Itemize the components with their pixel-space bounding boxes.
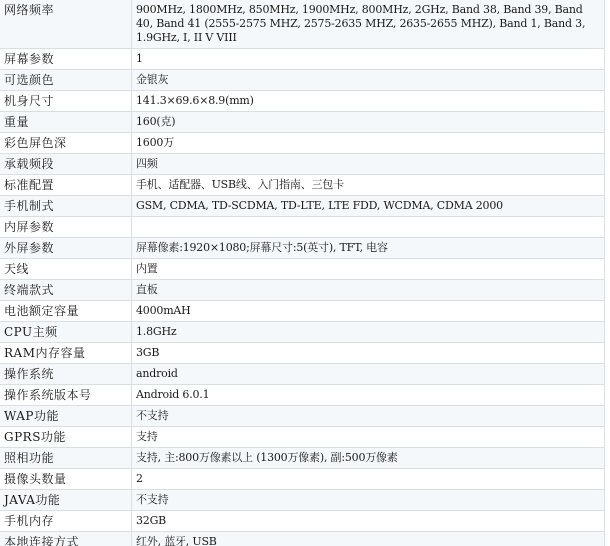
- table-row: 天线 内置: [0, 259, 605, 280]
- table-row: 手机制式 GSM, CDMA, TD-SCDMA, TD-LTE, LTE FD…: [0, 196, 605, 217]
- spec-label: 标准配置: [0, 175, 132, 195]
- spec-value: Android 6.0.1: [132, 385, 605, 405]
- spec-label: 手机制式: [0, 196, 132, 216]
- table-row: 机身尺寸 141.3×69.6×8.9(mm): [0, 91, 605, 112]
- spec-label: 内屏参数: [0, 217, 132, 237]
- spec-value: 4000mAH: [132, 301, 605, 321]
- spec-value: 3GB: [132, 343, 605, 363]
- table-row: 网络频率 900MHz, 1800MHz, 850MHz, 1900MHz, 8…: [0, 0, 605, 49]
- spec-value: 支持: [132, 427, 605, 447]
- table-row: 可选颜色 金银灰: [0, 70, 605, 91]
- spec-label: GPRS功能: [0, 427, 132, 447]
- spec-label: 天线: [0, 259, 132, 279]
- spec-label: 重量: [0, 112, 132, 132]
- spec-label: 照相功能: [0, 448, 132, 468]
- table-row: 彩色屏色深 1600万: [0, 133, 605, 154]
- spec-label: RAM内存容量: [0, 343, 132, 363]
- phone-spec-table: 网络频率 900MHz, 1800MHz, 850MHz, 1900MHz, 8…: [0, 0, 605, 546]
- spec-value: 不支持: [132, 406, 605, 426]
- spec-value: 直板: [132, 280, 605, 300]
- spec-value: 四频: [132, 154, 605, 174]
- table-row: 标准配置 手机、适配器、USB线、入门指南、三包卡: [0, 175, 605, 196]
- spec-value: [132, 217, 605, 237]
- spec-label: 外屏参数: [0, 238, 132, 258]
- table-row: 重量 160(克): [0, 112, 605, 133]
- spec-label: 手机内存: [0, 511, 132, 531]
- spec-value: 支持, 主:800万像素以上 (1300万像素), 副:500万像素: [132, 448, 605, 468]
- table-row: GPRS功能 支持: [0, 427, 605, 448]
- spec-label: JAVA功能: [0, 490, 132, 510]
- spec-value: 红外, 蓝牙, USB: [132, 532, 605, 546]
- spec-label: 机身尺寸: [0, 91, 132, 111]
- table-row: 操作系统 android: [0, 364, 605, 385]
- spec-value: 屏幕像素:1920×1080;屏幕尺寸:5(英寸), TFT, 电容: [132, 238, 605, 258]
- table-row: 本地连接方式 红外, 蓝牙, USB: [0, 532, 605, 546]
- spec-value: GSM, CDMA, TD-SCDMA, TD-LTE, LTE FDD, WC…: [132, 196, 605, 216]
- table-row: 照相功能 支持, 主:800万像素以上 (1300万像素), 副:500万像素: [0, 448, 605, 469]
- spec-label: 屏幕参数: [0, 49, 132, 69]
- spec-value: 160(克): [132, 112, 605, 132]
- table-row: RAM内存容量 3GB: [0, 343, 605, 364]
- spec-label: CPU主频: [0, 322, 132, 342]
- table-row: 承载频段 四频: [0, 154, 605, 175]
- spec-value: 金银灰: [132, 70, 605, 90]
- table-row: 摄像头数量 2: [0, 469, 605, 490]
- table-row: WAP功能 不支持: [0, 406, 605, 427]
- table-row: 外屏参数 屏幕像素:1920×1080;屏幕尺寸:5(英寸), TFT, 电容: [0, 238, 605, 259]
- table-row: 内屏参数: [0, 217, 605, 238]
- spec-label: 本地连接方式: [0, 532, 132, 546]
- table-row: JAVA功能 不支持: [0, 490, 605, 511]
- spec-value: 内置: [132, 259, 605, 279]
- spec-value: 手机、适配器、USB线、入门指南、三包卡: [132, 175, 605, 195]
- table-row: 电池额定容量 4000mAH: [0, 301, 605, 322]
- spec-label: 摄像头数量: [0, 469, 132, 489]
- table-row: 操作系统版本号 Android 6.0.1: [0, 385, 605, 406]
- spec-label: 操作系统: [0, 364, 132, 384]
- spec-label: 承载频段: [0, 154, 132, 174]
- spec-label: 电池额定容量: [0, 301, 132, 321]
- spec-label: 终端款式: [0, 280, 132, 300]
- spec-label: 操作系统版本号: [0, 385, 132, 405]
- spec-value: 1: [132, 49, 605, 69]
- table-row: CPU主频 1.8GHz: [0, 322, 605, 343]
- spec-label: 彩色屏色深: [0, 133, 132, 153]
- spec-value: 141.3×69.6×8.9(mm): [132, 91, 605, 111]
- spec-value: 不支持: [132, 490, 605, 510]
- table-row: 终端款式 直板: [0, 280, 605, 301]
- table-row: 屏幕参数 1: [0, 49, 605, 70]
- spec-label: WAP功能: [0, 406, 132, 426]
- spec-value: 2: [132, 469, 605, 489]
- table-row: 手机内存 32GB: [0, 511, 605, 532]
- spec-label: 网络频率: [0, 0, 132, 48]
- spec-value: 32GB: [132, 511, 605, 531]
- spec-value: 1600万: [132, 133, 605, 153]
- spec-value: android: [132, 364, 605, 384]
- spec-label: 可选颜色: [0, 70, 132, 90]
- spec-value: 1.8GHz: [132, 322, 605, 342]
- spec-value: 900MHz, 1800MHz, 850MHz, 1900MHz, 800MHz…: [132, 0, 605, 48]
